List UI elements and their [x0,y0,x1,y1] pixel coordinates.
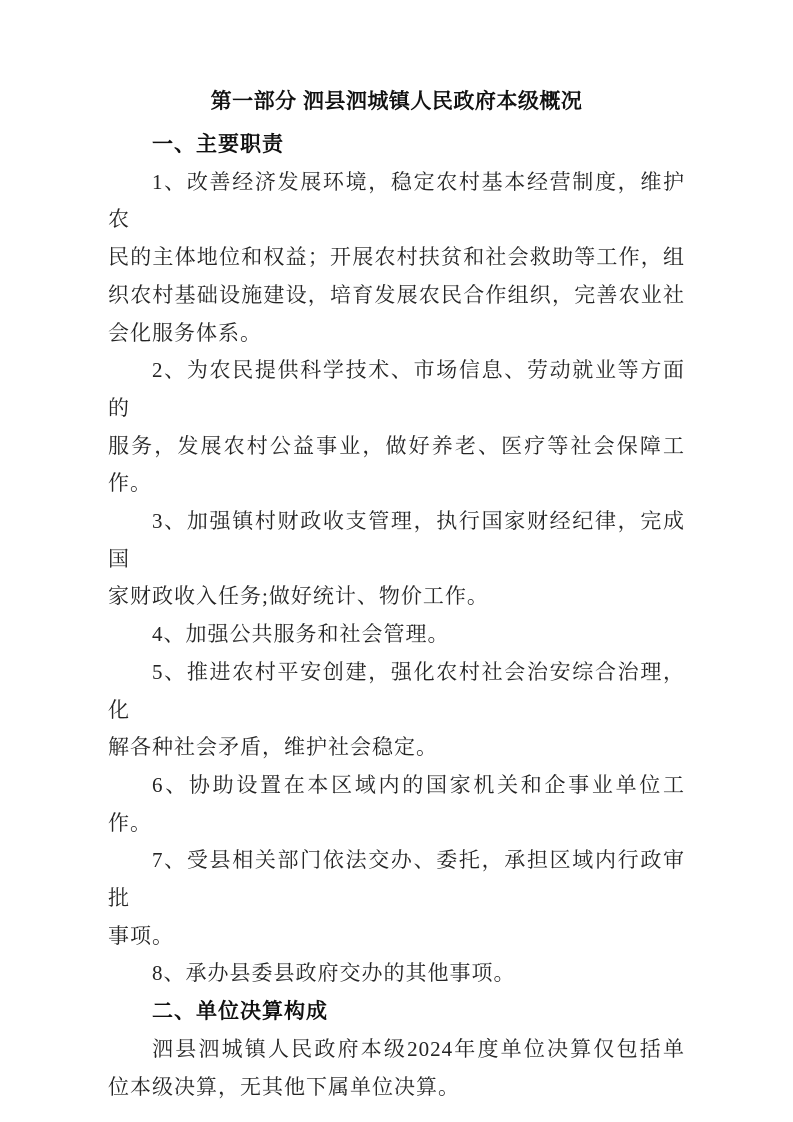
paragraph-line: 家财政收入任务;做好统计、物价工作。 [108,578,685,616]
paragraph-line: 泗县泗城镇人民政府本级2024年度单位决算仅包括单 [108,1031,685,1069]
paragraph-line: 会化服务体系。 [108,315,685,353]
paragraph: 8、承办县委县政府交办的其他事项。 [108,955,685,993]
paragraph-line: 7、受县相关部门依法交办、委托，承担区域内行政审批 [108,842,685,917]
paragraph: 4、加强公共服务和社会管理。 [108,616,685,654]
document-body: 一、主要职责1、改善经济发展环境，稳定农村基本经营制度，维护农民的主体地位和权益… [108,126,685,1106]
paragraph-line: 位本级决算，无其他下属单位决算。 [108,1069,685,1107]
paragraph: 7、受县相关部门依法交办、委托，承担区域内行政审批事项。 [108,842,685,955]
paragraph: 6、协助设置在本区域内的国家机关和企事业单位工作。 [108,767,685,842]
paragraph-line: 织农村基础设施建设，培育发展农民合作组织，完善农业社 [108,277,685,315]
paragraph-line: 服务，发展农村公益事业，做好养老、医疗等社会保障工 [108,428,685,466]
paragraph-line: 4、加强公共服务和社会管理。 [108,616,685,654]
paragraph: 5、推进农村平安创建，强化农村社会治安综合治理，化解各种社会矛盾，维护社会稳定。 [108,654,685,767]
paragraph-line: 民的主体地位和权益；开展农村扶贫和社会救助等工作，组 [108,239,685,277]
paragraph-line: 解各种社会矛盾，维护社会稳定。 [108,729,685,767]
paragraph: 3、加强镇村财政收支管理，执行国家财经纪律，完成国家财政收入任务;做好统计、物价… [108,503,685,616]
paragraph-line: 5、推进农村平安创建，强化农村社会治安综合治理，化 [108,654,685,729]
document-title: 第一部分 泗县泗城镇人民政府本级概况 [108,83,685,121]
paragraph: 泗县泗城镇人民政府本级2024年度单位决算仅包括单位本级决算，无其他下属单位决算… [108,1031,685,1106]
paragraph-line: 3、加强镇村财政收支管理，执行国家财经纪律，完成国 [108,503,685,578]
document-content: 第一部分 泗县泗城镇人民政府本级概况 一、主要职责1、改善经济发展环境，稳定农村… [108,83,685,1106]
paragraph-line: 8、承办县委县政府交办的其他事项。 [108,955,685,993]
paragraph-line: 作。 [108,465,685,503]
section-heading: 二、单位决算构成 [108,993,685,1031]
paragraph: 1、改善经济发展环境，稳定农村基本经营制度，维护农民的主体地位和权益；开展农村扶… [108,164,685,353]
paragraph-line: 6、协助设置在本区域内的国家机关和企事业单位工作。 [108,767,685,842]
section-heading: 一、主要职责 [108,126,685,164]
paragraph-line: 1、改善经济发展环境，稳定农村基本经营制度，维护农 [108,164,685,239]
paragraph-line: 2、为农民提供科学技术、市场信息、劳动就业等方面的 [108,352,685,427]
paragraph-line: 事项。 [108,918,685,956]
document-page: 第一部分 泗县泗城镇人民政府本级概况 一、主要职责1、改善经济发展环境，稳定农村… [0,0,793,1122]
paragraph: 2、为农民提供科学技术、市场信息、劳动就业等方面的服务，发展农村公益事业，做好养… [108,352,685,503]
